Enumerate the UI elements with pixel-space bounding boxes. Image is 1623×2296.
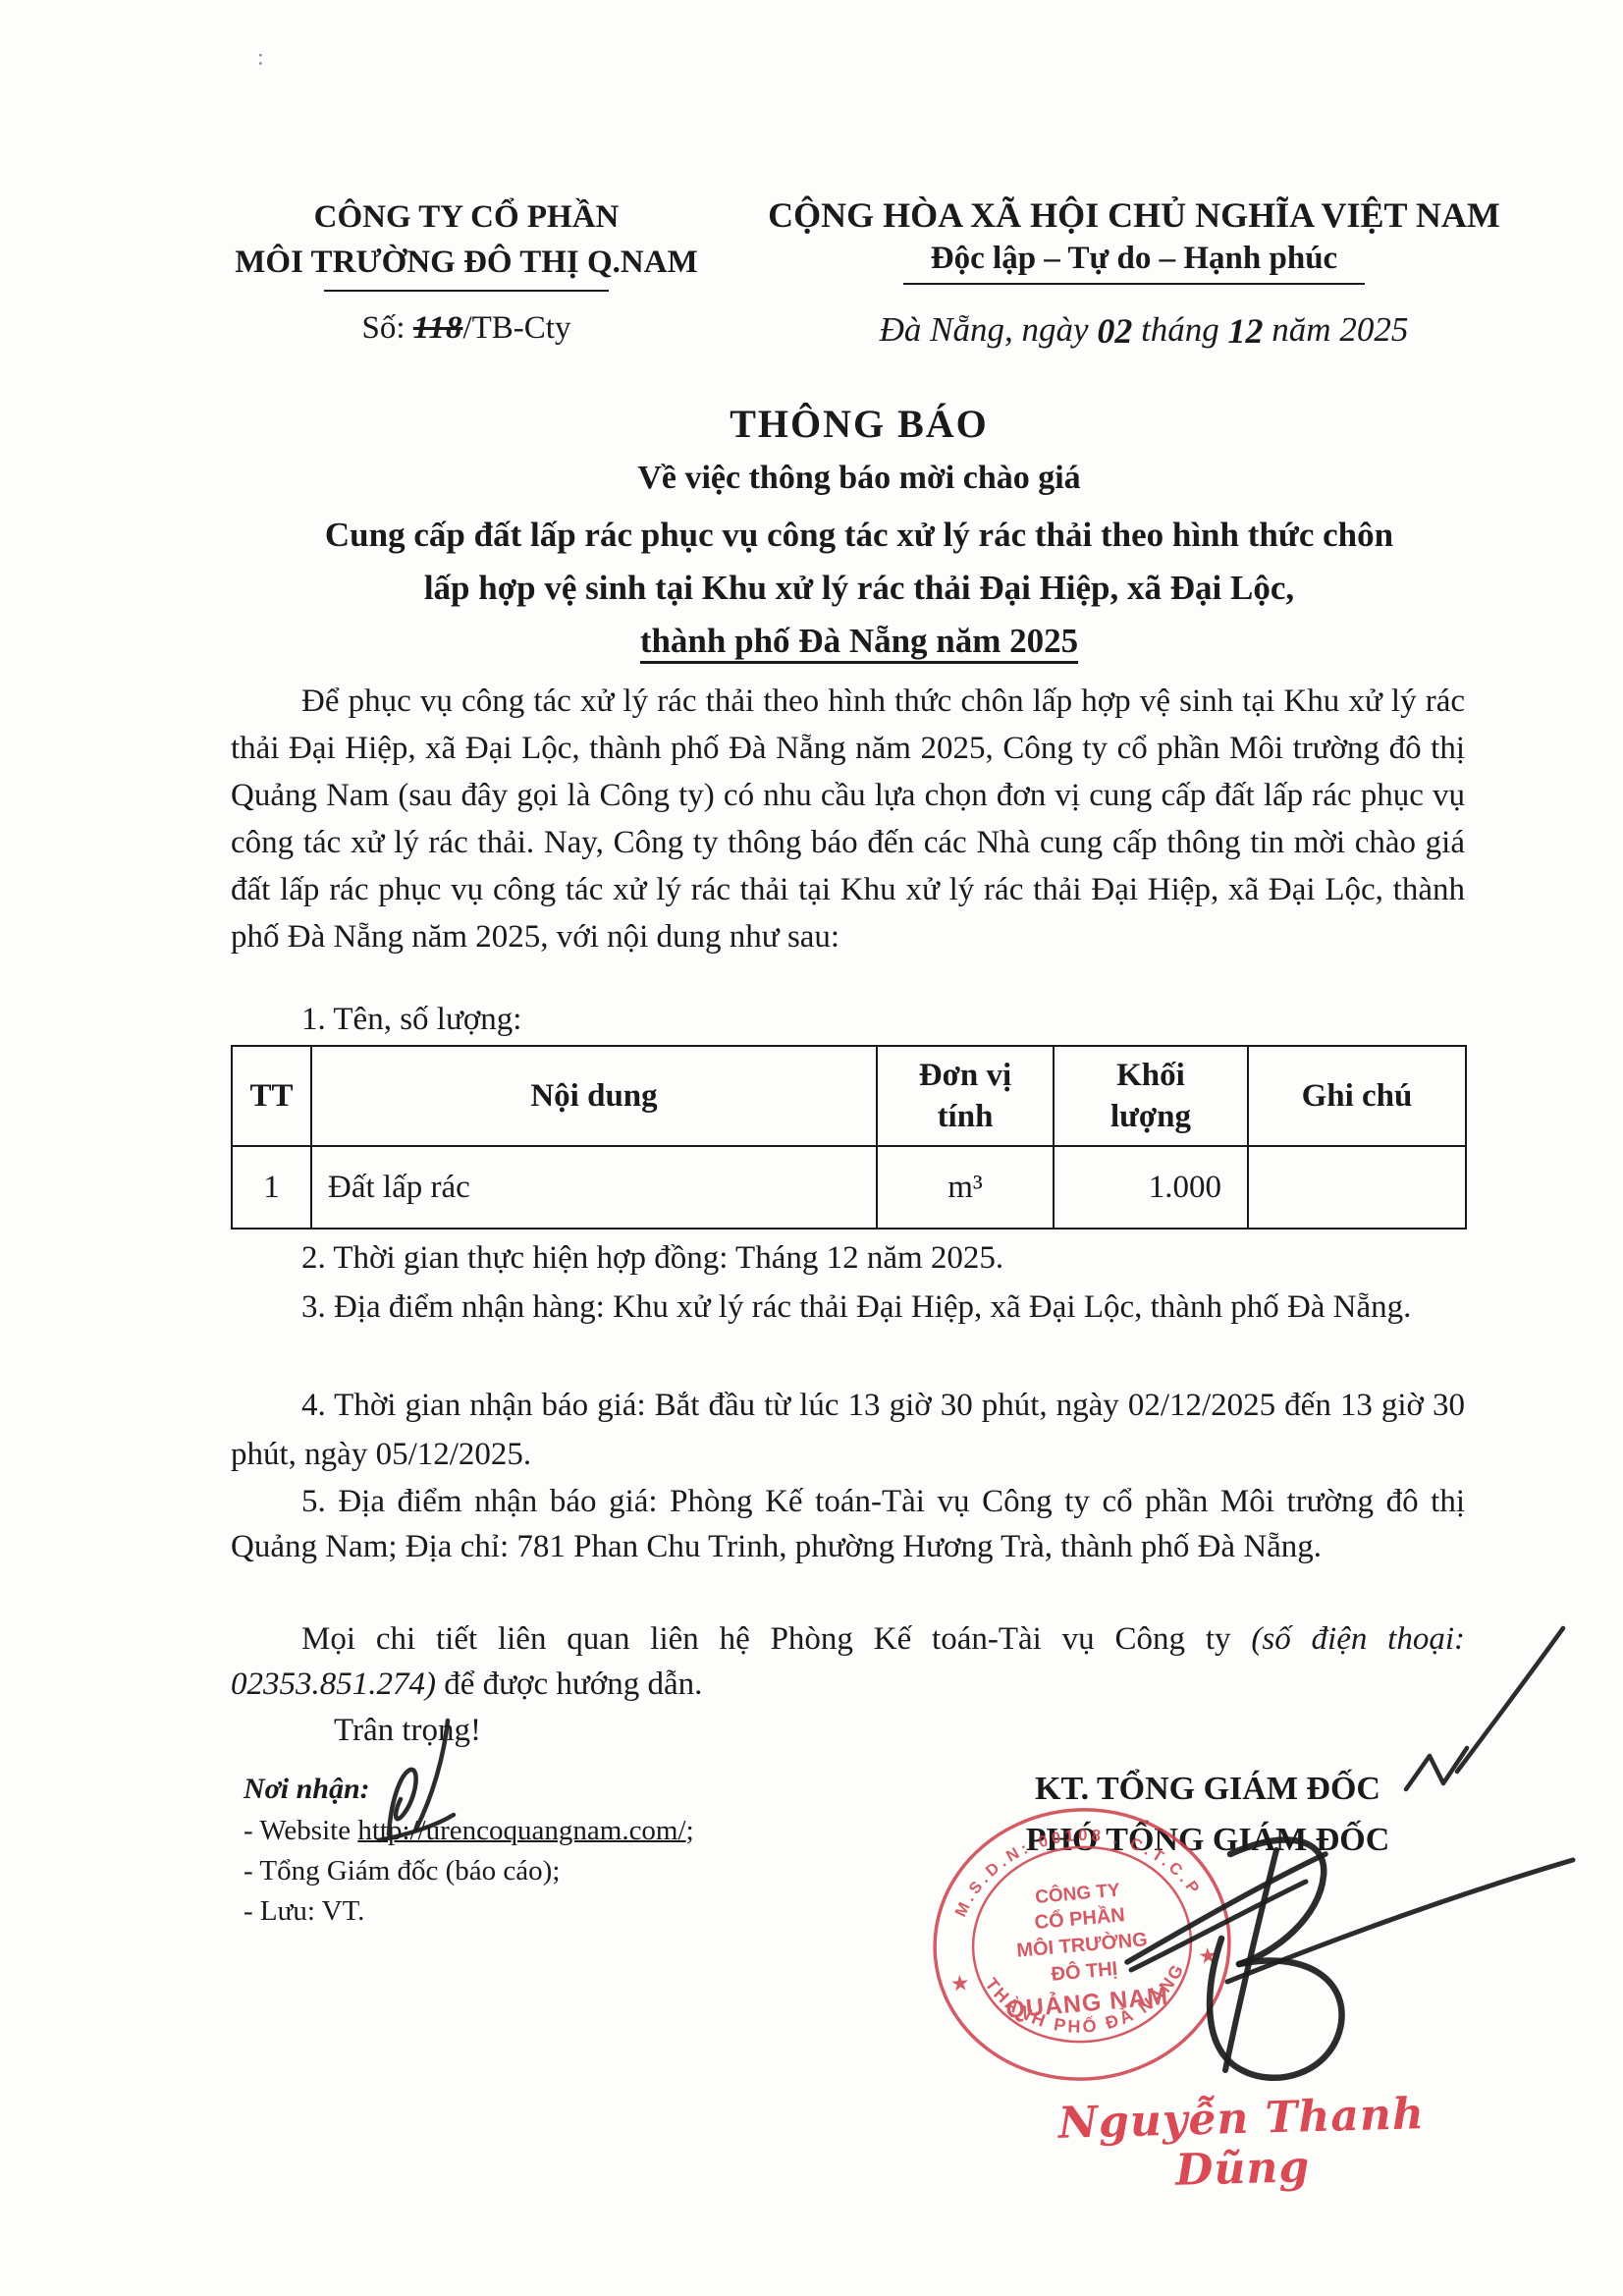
signer-name: Nguyễn Thanh Dũng	[1045, 2089, 1440, 2199]
stamp-star-right-icon: ★	[1197, 1942, 1218, 1969]
company-stamp: M.S.D.N: 00108 . C.T.C.P THÀNH PHỐ ĐÀ NẴ…	[928, 1805, 1237, 2085]
company-name-line1: CÔNG TY CỔ PHẦN	[206, 194, 727, 240]
national-title: CỘNG HÒA XÃ HỘI CHỦ NGHĨA VIỆT NAM	[751, 192, 1517, 238]
doc-number-suffix: /TB-Cty	[462, 310, 570, 346]
doc-number: Số: 118/TB-Cty	[206, 310, 727, 347]
date-mid: tháng	[1132, 310, 1227, 349]
table-header-row: TT Nội dung Đơn vị tính Khối lượng Ghi c…	[232, 1046, 1466, 1146]
stamp-center-line1: CÔNG TY	[1034, 1879, 1120, 1907]
doc-title: THÔNG BÁO	[236, 401, 1483, 447]
date-day-handwritten: 02	[1097, 311, 1132, 351]
recipient-website: - Website http://urencoquangnam.com/;	[243, 1811, 872, 1851]
contact-tail: để được hướng dẫn.	[436, 1667, 702, 1702]
contact-paragraph: Mọi chi tiết liên quan liên hệ Phòng Kế …	[231, 1616, 1465, 1707]
doc-subtitle: Về việc thông báo mời chào giá	[236, 460, 1483, 497]
recipient-website-pre: - Website	[243, 1815, 357, 1846]
recipient-archive: - Lưu: VT.	[243, 1891, 872, 1932]
cell-khoiluong: 1.000	[1054, 1146, 1248, 1229]
doc-subject: Cung cấp đất lấp rác phục vụ công tác xử…	[236, 509, 1483, 668]
recipient-website-suffix: ;	[686, 1815, 694, 1846]
scan-artifact: :	[257, 45, 264, 72]
company-name-line2: MÔI TRƯỜNG ĐÔ THỊ Q.NAM	[206, 240, 727, 285]
col-header-ghichu: Ghi chú	[1248, 1046, 1466, 1146]
closing-line: Trân trọng!	[231, 1713, 918, 1749]
recipients-label: Nơi nhận:	[243, 1768, 872, 1811]
col-header-donvitinh: Đơn vị tính	[877, 1046, 1054, 1146]
subject-line2: lấp hợp vệ sinh tại Khu xử lý rác thải Đ…	[236, 562, 1483, 615]
date-pre: Đà Nẵng, ngày	[880, 310, 1098, 349]
subject-line1: Cung cấp đất lấp rác phục vụ công tác xử…	[236, 509, 1483, 562]
signature-upstroke	[1457, 1628, 1563, 1772]
motto-underline	[903, 283, 1365, 285]
document-page: : CÔNG TY CỔ PHẦN MÔI TRƯỜNG ĐÔ THỊ Q.NA…	[0, 0, 1623, 2296]
table-row: 1 Đất lấp rác m³ 1.000	[232, 1146, 1466, 1229]
signature-sweep	[1227, 1860, 1573, 1982]
stamp-center-line4: ĐÔ THỊ	[1051, 1956, 1119, 1986]
intro-paragraph: Để phục vụ công tác xử lý rác thải theo …	[231, 678, 1465, 960]
stamp-star-left-icon: ★	[949, 1970, 971, 1996]
subject-line3: thành phố Đà Nẵng năm 2025	[640, 622, 1078, 664]
national-motto-block: CỘNG HÒA XÃ HỘI CHỦ NGHĨA VIỆT NAM Độc l…	[751, 192, 1517, 285]
cell-noidung: Đất lấp rác	[311, 1146, 877, 1229]
item1-heading: 1. Tên, số lượng:	[231, 996, 1465, 1043]
col-header-khoiluong: Khối lượng	[1054, 1046, 1248, 1146]
cell-donvitinh: m³	[877, 1146, 1054, 1229]
quantity-table: TT Nội dung Đơn vị tính Khối lượng Ghi c…	[231, 1045, 1465, 1230]
col-header-noidung: Nội dung	[311, 1046, 877, 1146]
item2-paragraph: 2. Thời gian thực hiện hợp đồng: Tháng 1…	[231, 1233, 1465, 1283]
cell-tt: 1	[232, 1146, 311, 1229]
issue-date: Đà Nẵng, ngày 02 tháng 12 năm 2025	[751, 308, 1537, 350]
item4-paragraph: 4. Thời gian nhận báo giá: Bắt đầu từ lú…	[231, 1381, 1465, 1479]
doc-number-handwritten: 118	[413, 310, 463, 346]
national-motto: Độc lập – Tự do – Hạnh phúc	[751, 238, 1517, 279]
item5-paragraph: 5. Địa điểm nhận báo giá: Phòng Kế toán-…	[231, 1479, 1465, 1569]
cell-ghichu	[1248, 1146, 1466, 1229]
recipient-director: - Tổng Giám đốc (báo cáo);	[243, 1851, 872, 1891]
company-block: CÔNG TY CỔ PHẦN MÔI TRƯỜNG ĐÔ THỊ Q.NAM	[206, 194, 727, 292]
date-post: năm 2025	[1264, 310, 1409, 349]
recipients-block: Nơi nhận: - Website http://urencoquangna…	[243, 1768, 872, 1932]
item3-paragraph: 3. Địa điểm nhận hàng: Khu xử lý rác thả…	[231, 1283, 1465, 1332]
company-underline	[324, 290, 609, 292]
col-header-tt: TT	[232, 1046, 311, 1146]
date-month-handwritten: 12	[1228, 311, 1264, 351]
doc-number-prefix: Số:	[362, 310, 413, 346]
contact-text: Mọi chi tiết liên quan liên hệ Phòng Kế …	[301, 1621, 1251, 1657]
recipient-website-url: http://urencoquangnam.com/	[357, 1815, 685, 1846]
